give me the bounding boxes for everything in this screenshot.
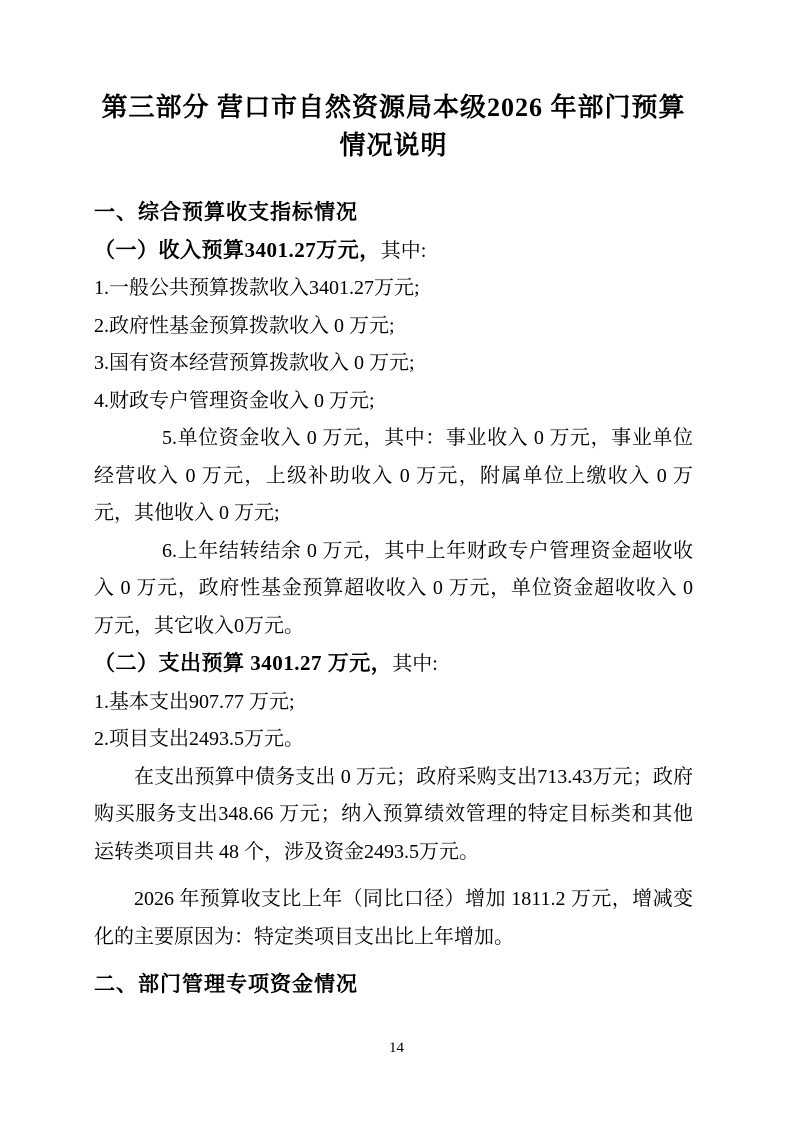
income-item-6: 6.上年结转结余 0 万元，其中上年财政专户管理资金超收收入 0 万元，政府性基…	[94, 533, 693, 646]
expense-subheading-amount: （二）支出预算 3401.27 万元，	[94, 651, 392, 675]
expense-item-2: 2.项目支出2493.5万元。	[94, 721, 693, 759]
document-content: 第三部分 营口市自然资源局本级2026 年部门预算 情况说明 一、综合预算收支指…	[94, 0, 693, 1004]
income-item-5: 5.单位资金收入 0 万元，其中：事业收入 0 万元，事业单位经营收入 0 万元…	[94, 420, 693, 533]
income-item-1: 1.一般公共预算拨款收入3401.27万元;	[94, 270, 693, 308]
income-subheading-suffix: 其中:	[381, 240, 427, 262]
expense-detail-paragraph: 在支出预算中债务支出 0 万元；政府采购支出713.43万元；政府购买服务支出3…	[94, 759, 693, 872]
expense-item-1: 1.基本支出907.77 万元;	[94, 684, 693, 722]
expense-subheading-suffix: 其中:	[392, 653, 438, 675]
yoy-change-paragraph: 2026 年预算收支比上年（同比口径）增加 1811.2 万元，增减变化的主要原…	[94, 881, 693, 956]
section-heading-2: 二、部门管理专项资金情况	[94, 966, 693, 1004]
income-subheading-amount: （一）收入预算3401.27万元，	[94, 238, 381, 262]
document-title-line1: 第三部分 营口市自然资源局本级2026 年部门预算	[94, 89, 693, 127]
income-item-2: 2.政府性基金预算拨款收入 0 万元;	[94, 308, 693, 346]
document-page: 第三部分 营口市自然资源局本级2026 年部门预算 情况说明 一、综合预算收支指…	[0, 0, 793, 1122]
income-subheading: （一）收入预算3401.27万元，其中:	[94, 232, 693, 271]
document-title: 第三部分 营口市自然资源局本级2026 年部门预算 情况说明	[94, 89, 693, 165]
income-item-4: 4.财政专户管理资金收入 0 万元;	[94, 383, 693, 421]
expense-subheading: （二）支出预算 3401.27 万元，其中:	[94, 645, 693, 684]
document-title-line2: 情况说明	[94, 127, 693, 165]
page-number: 14	[0, 1038, 793, 1058]
section-heading-1: 一、综合预算收支指标情况	[94, 194, 693, 232]
income-item-3: 3.国有资本经营预算拨款收入 0 万元;	[94, 345, 693, 383]
document-body: 一、综合预算收支指标情况 （一）收入预算3401.27万元，其中: 1.一般公共…	[94, 194, 693, 1004]
